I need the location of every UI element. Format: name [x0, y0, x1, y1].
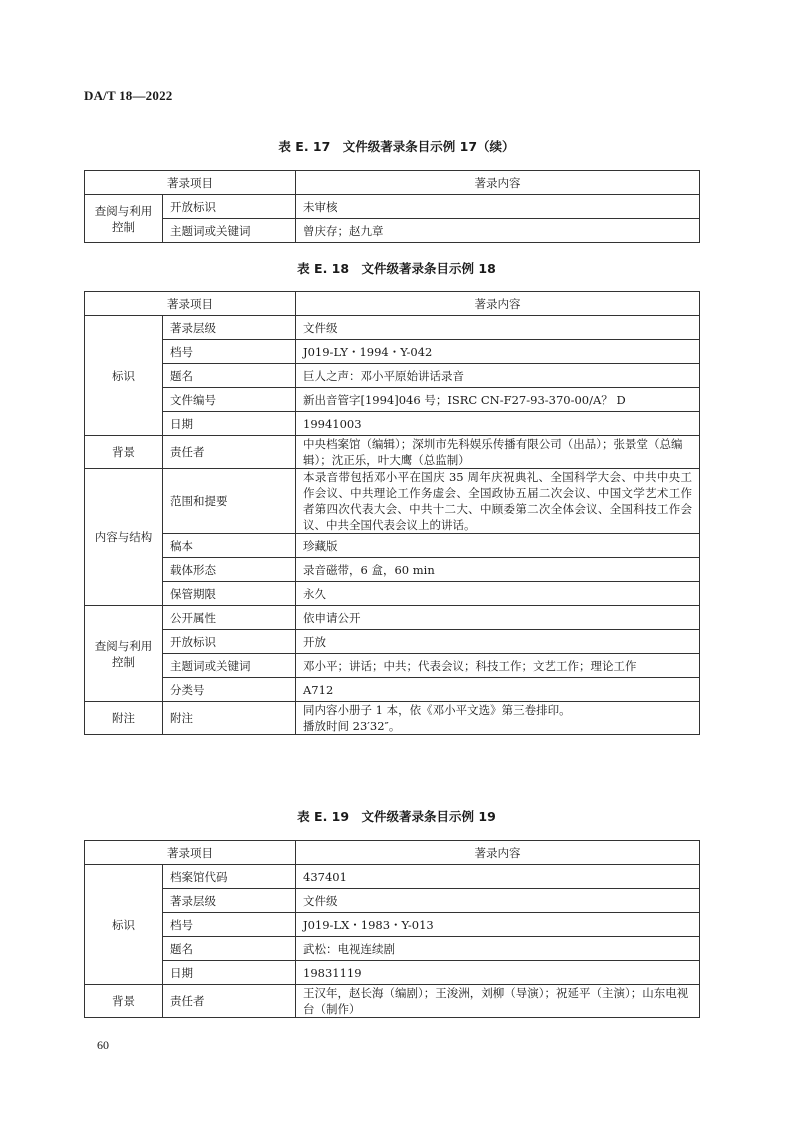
table-e19-caption: 表 E. 19 文件级著录条目示例 19 — [0, 807, 793, 825]
field-name: 开放标识 — [163, 195, 296, 219]
field-name: 日期 — [163, 412, 296, 436]
field-value: 本录音带包括邓小平在国庆 35 周年庆祝典礼、全国科学大会、中共中央工作会议、中… — [296, 469, 700, 534]
field-name: 题名 — [163, 937, 296, 961]
field-name: 保管期限 — [163, 582, 296, 606]
column-header-content: 著录内容 — [296, 841, 700, 865]
table-row: 题名 巨人之声：邓小平原始讲话录音 — [85, 364, 700, 388]
column-header-content: 著录内容 — [296, 292, 700, 316]
field-name: 稿本 — [163, 534, 296, 558]
table-e19: 著录项目 著录内容 标识 档案馆代码 437401 著录层级 文件级 档号 J0… — [84, 840, 700, 1018]
field-value: 巨人之声：邓小平原始讲话录音 — [296, 364, 700, 388]
field-value: 依申请公开 — [296, 606, 700, 630]
field-name: 公开属性 — [163, 606, 296, 630]
field-value: 珍藏版 — [296, 534, 700, 558]
field-value: 437401 — [296, 865, 700, 889]
column-header-item: 著录项目 — [85, 292, 296, 316]
field-value: 同内容小册子 1 本，依《邓小平文选》第三卷排印。 播放时间 23′32″。 — [296, 702, 700, 735]
field-name: 载体形态 — [163, 558, 296, 582]
group-label: 标识 — [85, 316, 163, 436]
table-row: 开放标识 开放 — [85, 630, 700, 654]
note-line: 播放时间 23′32″。 — [303, 718, 692, 734]
field-value: 录音磁带，6 盒，60 min — [296, 558, 700, 582]
table-row: 查阅与利用控制 开放标识 未审核 — [85, 195, 700, 219]
table-e18-caption: 表 E. 18 文件级著录条目示例 18 — [0, 259, 793, 277]
table-row: 主题词或关键词 曾庆存；赵九章 — [85, 219, 700, 243]
field-name: 范围和提要 — [163, 469, 296, 534]
table-header-row: 著录项目 著录内容 — [85, 841, 700, 865]
field-value: 曾庆存；赵九章 — [296, 219, 700, 243]
field-name: 著录层级 — [163, 316, 296, 340]
table-row: 日期 19831119 — [85, 961, 700, 985]
field-value: 永久 — [296, 582, 700, 606]
table-row: 稿本 珍藏版 — [85, 534, 700, 558]
field-value: 邓小平；讲话；中共；代表会议；科技工作；文艺工作；理论工作 — [296, 654, 700, 678]
field-value: 19941003 — [296, 412, 700, 436]
column-header-item: 著录项目 — [85, 171, 296, 195]
table-row: 分类号 A712 — [85, 678, 700, 702]
field-value: 王汉年，赵长海（编剧）；王浚洲，刘柳（导演）；祝延平（主演）；山东电视台（制作） — [296, 985, 700, 1018]
page-number: 60 — [97, 1038, 109, 1053]
group-label: 标识 — [85, 865, 163, 985]
field-name: 文件编号 — [163, 388, 296, 412]
table-row: 背景 责任者 王汉年，赵长海（编剧）；王浚洲，刘柳（导演）；祝延平（主演）；山东… — [85, 985, 700, 1018]
field-value: J019-LY・1994・Y-042 — [296, 340, 700, 364]
table-row: 主题词或关键词 邓小平；讲话；中共；代表会议；科技工作；文艺工作；理论工作 — [85, 654, 700, 678]
column-header-content: 著录内容 — [296, 171, 700, 195]
standard-code: DA/T 18—2022 — [84, 88, 172, 104]
field-value: J019-LX・1983・Y-013 — [296, 913, 700, 937]
table-e18: 著录项目 著录内容 标识 著录层级 文件级 档号 J019-LY・1994・Y-… — [84, 291, 700, 735]
table-row: 档号 J019-LX・1983・Y-013 — [85, 913, 700, 937]
field-name: 责任者 — [163, 985, 296, 1018]
field-value: 未审核 — [296, 195, 700, 219]
field-name: 题名 — [163, 364, 296, 388]
field-value: 19831119 — [296, 961, 700, 985]
group-label: 查阅与利用控制 — [85, 195, 163, 243]
table-e17-caption: 表 E. 17 文件级著录条目示例 17（续） — [0, 137, 793, 155]
table-row: 档号 J019-LY・1994・Y-042 — [85, 340, 700, 364]
field-value: 新出音管字[1994]046 号；ISRC CN-F27-93-370-00/A… — [296, 388, 700, 412]
group-label: 内容与结构 — [85, 469, 163, 606]
table-row: 文件编号 新出音管字[1994]046 号；ISRC CN-F27-93-370… — [85, 388, 700, 412]
table-row: 标识 著录层级 文件级 — [85, 316, 700, 340]
table-row: 附注 附注 同内容小册子 1 本，依《邓小平文选》第三卷排印。 播放时间 23′… — [85, 702, 700, 735]
field-name: 日期 — [163, 961, 296, 985]
table-row: 内容与结构 范围和提要 本录音带包括邓小平在国庆 35 周年庆祝典礼、全国科学大… — [85, 469, 700, 534]
field-name: 著录层级 — [163, 889, 296, 913]
table-row: 著录层级 文件级 — [85, 889, 700, 913]
field-name: 责任者 — [163, 436, 296, 469]
field-name: 主题词或关键词 — [163, 219, 296, 243]
table-row: 题名 武松：电视连续剧 — [85, 937, 700, 961]
table-header-row: 著录项目 著录内容 — [85, 171, 700, 195]
field-name: 档号 — [163, 340, 296, 364]
note-line: 同内容小册子 1 本，依《邓小平文选》第三卷排印。 — [303, 702, 692, 718]
field-value: 中央档案馆（编辑）；深圳市先科娱乐传播有限公司（出品）；张景堂（总编辑）；沈正乐… — [296, 436, 700, 469]
table-header-row: 著录项目 著录内容 — [85, 292, 700, 316]
field-value: 开放 — [296, 630, 700, 654]
table-row: 保管期限 永久 — [85, 582, 700, 606]
group-label: 附注 — [85, 702, 163, 735]
field-name: 主题词或关键词 — [163, 654, 296, 678]
table-row: 查阅与利用控制 公开属性 依申请公开 — [85, 606, 700, 630]
table-row: 标识 档案馆代码 437401 — [85, 865, 700, 889]
field-name: 附注 — [163, 702, 296, 735]
field-name: 档号 — [163, 913, 296, 937]
table-row: 背景 责任者 中央档案馆（编辑）；深圳市先科娱乐传播有限公司（出品）；张景堂（总… — [85, 436, 700, 469]
column-header-item: 著录项目 — [85, 841, 296, 865]
group-label: 查阅与利用控制 — [85, 606, 163, 702]
field-value: A712 — [296, 678, 700, 702]
field-name: 分类号 — [163, 678, 296, 702]
group-label: 背景 — [85, 985, 163, 1018]
table-row: 日期 19941003 — [85, 412, 700, 436]
field-name: 开放标识 — [163, 630, 296, 654]
field-value: 文件级 — [296, 889, 700, 913]
table-e17: 著录项目 著录内容 查阅与利用控制 开放标识 未审核 主题词或关键词 曾庆存；赵… — [84, 170, 700, 243]
field-value: 武松：电视连续剧 — [296, 937, 700, 961]
field-name: 档案馆代码 — [163, 865, 296, 889]
table-row: 载体形态 录音磁带，6 盒，60 min — [85, 558, 700, 582]
field-value: 文件级 — [296, 316, 700, 340]
group-label: 背景 — [85, 436, 163, 469]
